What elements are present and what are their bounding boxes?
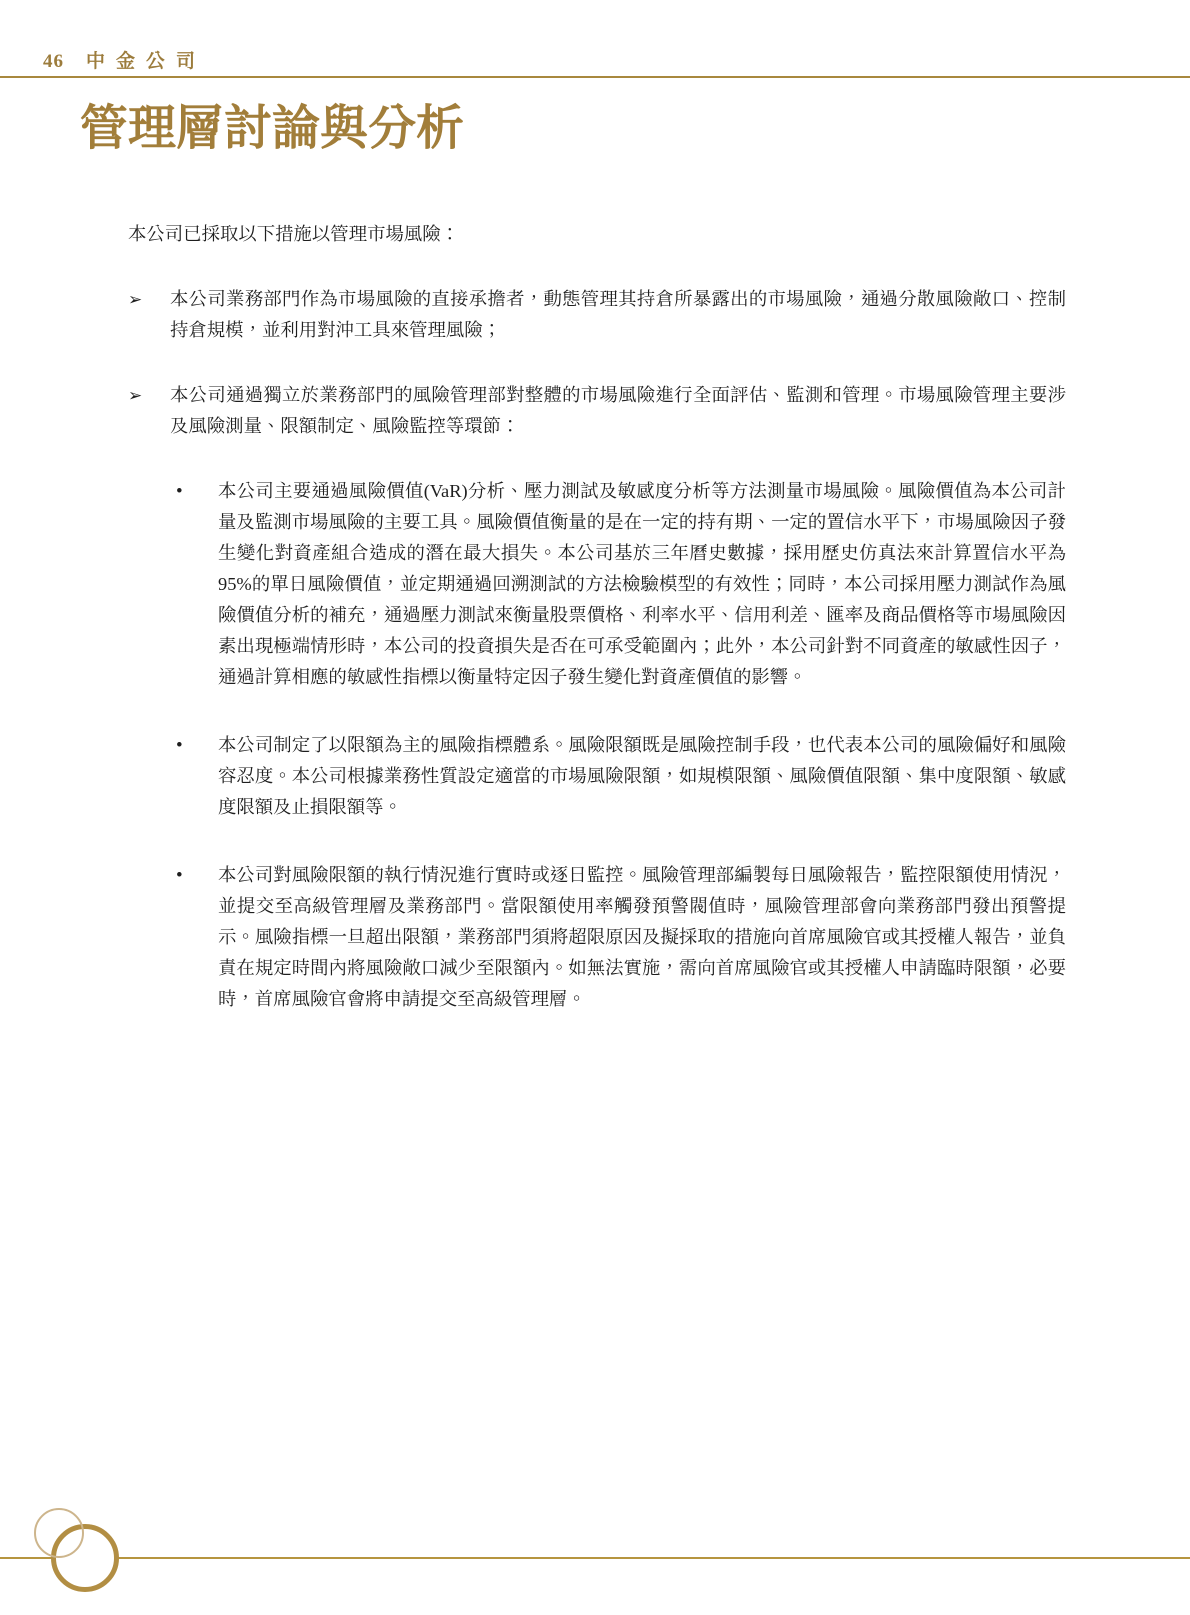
arrow-bullet-icon: ➢ [128,380,170,442]
footer-circle-small-icon [34,1508,84,1558]
arrow-item-text: 本公司業務部門作為市場風險的直接承擔者，動態管理其持倉所暴露出的市場風險，通過分… [170,284,1066,346]
arrow-bullet-icon: ➢ [128,284,170,346]
dot-list-item: • 本公司主要通過風險價值(VaR)分析、壓力測試及敏感度分析等方法測量市場風險… [176,476,1066,693]
dot-bullet-icon: • [176,730,218,823]
dot-list-item: • 本公司制定了以限額為主的風險指標體系。風險限額既是風險控制手段，也代表本公司… [176,730,1066,823]
page-title: 管理層討論與分析 [80,101,464,157]
report-page: { "header": { "page_number": "46", "comp… [0,0,1190,1615]
dot-item-text: 本公司主要通過風險價值(VaR)分析、壓力測試及敏感度分析等方法測量市場風險。風… [218,476,1066,693]
footer-rule [0,1557,1190,1559]
arrow-list-item: ➢ 本公司通過獨立於業務部門的風險管理部對整體的市場風險進行全面評估、監測和管理… [128,380,1066,442]
dot-item-text: 本公司制定了以限額為主的風險指標體系。風險限額既是風險控制手段，也代表本公司的風… [218,730,1066,823]
arrow-item-text: 本公司通過獨立於業務部門的風險管理部對整體的市場風險進行全面評估、監測和管理。市… [170,380,1066,442]
arrow-list-item: ➢ 本公司業務部門作為市場風險的直接承擔者，動態管理其持倉所暴露出的市場風險，通… [128,284,1066,346]
intro-paragraph: 本公司已採取以下措施以管理市場風險： [128,219,1066,250]
content-body: 本公司已採取以下措施以管理市場風險： ➢ 本公司業務部門作為市場風險的直接承擔者… [128,219,1066,1015]
page-number: 46 [43,51,64,73]
dot-bullet-icon: • [176,860,218,1015]
company-name: 中金公司 [86,51,206,73]
page-header: 46 中金公司 [43,51,206,73]
dot-list-item: • 本公司對風險限額的執行情況進行實時或逐日監控。風險管理部編製每日風險報告，監… [176,860,1066,1015]
dot-bullet-icon: • [176,476,218,693]
dot-item-text: 本公司對風險限額的執行情況進行實時或逐日監控。風險管理部編製每日風險報告，監控限… [218,860,1066,1015]
header-rule [0,76,1190,78]
